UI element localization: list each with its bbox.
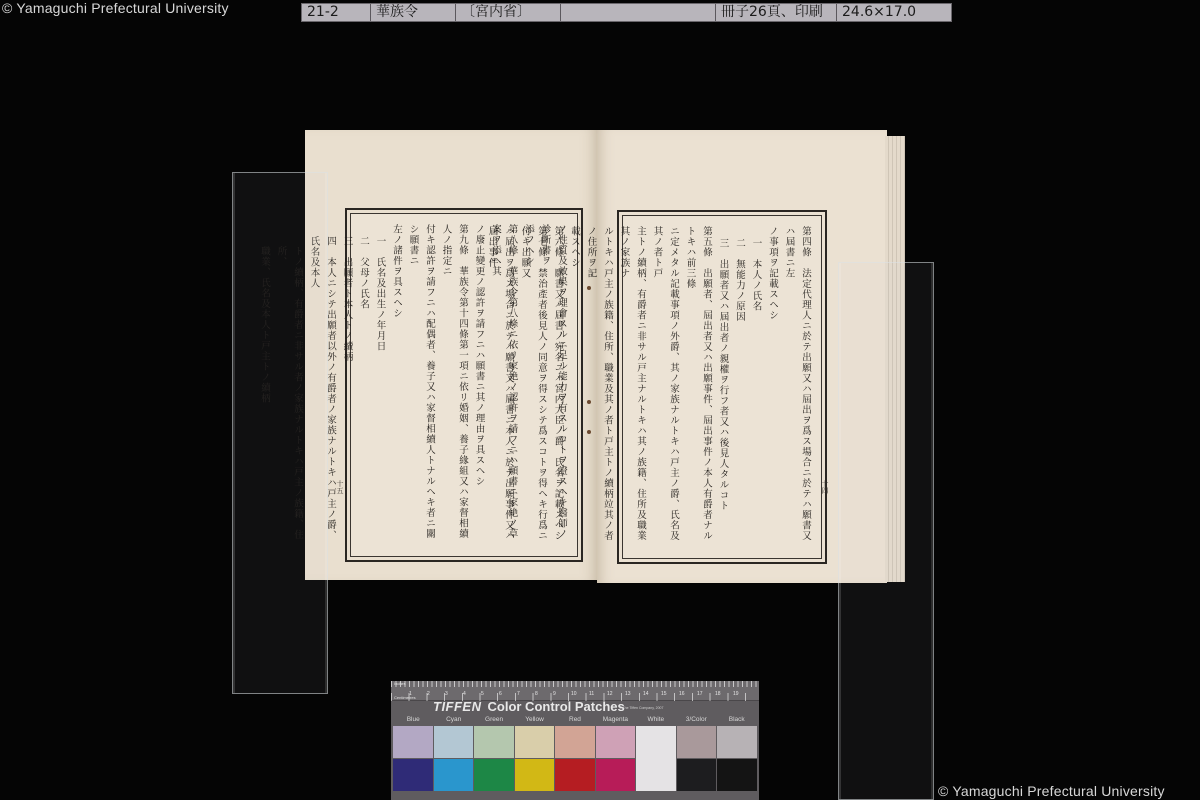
page-number-right: 十四: [820, 480, 830, 494]
cm-numbers: 1 2 3 4 5 6 7 8 9 10 11 12 13 14 15 16 1…: [409, 691, 759, 698]
text-column: 三 出願者又ハ屆出者ノ親權ヲ行フ者又ハ後見人タルコト: [714, 226, 731, 548]
dimensions: 24.6×17.0: [837, 4, 951, 21]
chart-title-text: Color Control Patches: [488, 699, 625, 714]
patch-green-dark: [474, 759, 514, 791]
cm-number: 13: [625, 691, 631, 697]
catalog-info-bar: 21-2 華族令 〔宮内省〕 冊子26頁、印刷 24.6×17.0: [301, 3, 952, 22]
cm-number: 6: [499, 691, 502, 697]
patch-magenta-dark: [596, 759, 636, 791]
text-column: ハ屆出ヲ爲ス場合ニ於テハ願書又ハ屆書ニ本人ニ於テ出願事件又ハ屆出事件: [483, 226, 516, 548]
text-column: 第六條 願書又ハ屆書ノ宛名ニハ宮内大臣ノ爵、氏名ヲ記載スヘシ: [549, 226, 566, 548]
issuing-authority: 〔宮内省〕: [456, 4, 561, 21]
format-description: 冊子26頁、印刷: [716, 4, 837, 21]
catalog-number: 21-2: [302, 4, 371, 21]
text-column: 第七條 禁治產者後見人ノ同意ヲ得スシテ爲スコトヲ得ヘキ行爲ニ付キ出願又: [516, 226, 549, 548]
patch-label-blue: Blue: [393, 716, 433, 723]
cm-number: 2: [427, 691, 430, 697]
cm-number: 14: [643, 691, 649, 697]
cm-number: 12: [607, 691, 613, 697]
cm-number: 17: [697, 691, 703, 697]
patch-red-light: [555, 726, 595, 758]
patch-3color-dark: [677, 759, 717, 791]
patch-label-black: Black: [717, 716, 757, 723]
patch-white-light: [636, 726, 676, 791]
patch-black-dark: [717, 759, 757, 791]
text-column: 第九條 華族令第十四條第一項ニ依リ婚姻、養子緣組又ハ家督相續人ノ指定ニ: [437, 224, 470, 546]
cm-number: 5: [481, 691, 484, 697]
patch-label-3color: 3/Color: [676, 716, 716, 723]
page-number-left: 十五: [335, 480, 345, 494]
cm-number: 3: [445, 691, 448, 697]
text-column: 左ノ諸件ヲ具スヘシ: [388, 224, 405, 546]
patch-label-white: White: [636, 716, 676, 723]
patch-magenta-light: [596, 726, 636, 758]
text-column: 三 出願者ト本人トノ續柄: [338, 224, 355, 546]
color-patches-grid: [393, 726, 757, 791]
patch-blue-light: [393, 726, 433, 758]
open-booklet: ノ性質及效果ヲ理會スルニ足ル能力ヲ有スルコトヲ證スヘキ醫師ノ診斷書ヲ 添フヘシ …: [305, 130, 905, 585]
patch-cyan-light: [434, 726, 474, 758]
text-column: 二 無能力ノ原因: [731, 226, 748, 548]
chart-copyright: © The Tiffen Company, 2007: [619, 706, 663, 710]
text-column: 二 父母ノ氏名: [355, 224, 372, 546]
text-column: 第五條 出願者、屆出者又ハ出願事件、屆出事件ノ本人有爵者ナルトキハ前三條: [681, 226, 714, 548]
acrylic-weight-right: [838, 262, 934, 800]
copyright-watermark-bottom: © Yamaguchi Prefectural University: [938, 783, 1165, 799]
text-column: 主トノ續柄、有爵者ニ非サル戸主ナルトキハ其ノ族籍、住所及職業其ノ家族ナ: [615, 226, 648, 548]
patch-red-dark: [555, 759, 595, 791]
patch-black-light: [717, 726, 757, 758]
text-column: 一 本人ノ氏名: [747, 226, 764, 548]
cm-number: 1: [409, 691, 412, 697]
right-page-text: 第四條 法定代理人ニ於テ出願又ハ屆出ヲ爲ス場合ニ於テハ願書又ハ屆書ニ左 ノ事項ヲ…: [631, 226, 813, 548]
patch-label-magenta: Magenta: [595, 716, 635, 723]
right-text-frame: 第四條 法定代理人ニ於テ出願又ハ屆出ヲ爲ス場合ニ於テハ願書又ハ屆書ニ左 ノ事項ヲ…: [617, 210, 827, 564]
ruler: Inches Centimetres 1 2 3 4 5 6 7 8 9 10 …: [391, 681, 759, 701]
patch-yellow-dark: [515, 759, 555, 791]
cm-number: 9: [553, 691, 556, 697]
tiffen-logo: TIFFEN: [433, 699, 482, 714]
text-column: 載スヘシ: [566, 226, 583, 548]
cm-number: 16: [679, 691, 685, 697]
color-control-chart: Inches Centimetres 1 2 3 4 5 6 7 8 9 10 …: [391, 681, 759, 800]
text-column: 一 氏名及出生ノ年月日: [371, 224, 388, 546]
cm-number: 11: [589, 691, 594, 697]
cm-number: 8: [535, 691, 538, 697]
patch-labels: Blue Cyan Green Yellow Red Magenta White…: [393, 716, 757, 723]
patch-cyan-dark: [434, 759, 474, 791]
text-column: 第四條 法定代理人ニ於テ出願又ハ屆出ヲ爲ス場合ニ於テハ願書又ハ屆書ニ左: [780, 226, 813, 548]
text-column: ニ定メタル記載事項ノ外爵、其ノ家族ナルトキハ戸主ノ爵、氏名及其ノ者ト戸: [648, 226, 681, 548]
patch-green-light: [474, 726, 514, 758]
cm-number: 18: [715, 691, 721, 697]
patch-blue-dark: [393, 759, 433, 791]
empty-field: [561, 4, 716, 21]
patch-label-cyan: Cyan: [433, 716, 473, 723]
inches-label: Inches: [394, 681, 406, 686]
cm-number: 7: [517, 691, 520, 697]
cm-number: 19: [733, 691, 739, 697]
copyright-watermark-top: © Yamaguchi Prefectural University: [2, 0, 229, 16]
patch-3color-light: [677, 726, 717, 758]
cm-number: 4: [463, 691, 466, 697]
text-column: ノ事項ヲ記載スヘシ: [764, 226, 781, 548]
inch-ticks: [391, 681, 759, 687]
cm-number: 15: [661, 691, 667, 697]
patch-yellow-light: [515, 726, 555, 758]
text-column: 付キ認許ヲ請フニハ配偶者、養子又ハ家督相續人トナルヘキ者ニ關シ願書ニ: [404, 224, 437, 546]
patch-label-red: Red: [555, 716, 595, 723]
chart-title: TIFFENColor Control Patches: [433, 699, 625, 714]
cm-number: 10: [571, 691, 577, 697]
text-column: ルトキハ戸主ノ族籍、住所、職業及其ノ者ト戸主トノ續柄竝其ノ者ノ住所ヲ記: [582, 226, 615, 548]
patch-label-yellow: Yellow: [514, 716, 554, 723]
acrylic-weight-left: [232, 172, 328, 694]
document-title: 華族令: [371, 4, 456, 21]
patch-label-green: Green: [474, 716, 514, 723]
